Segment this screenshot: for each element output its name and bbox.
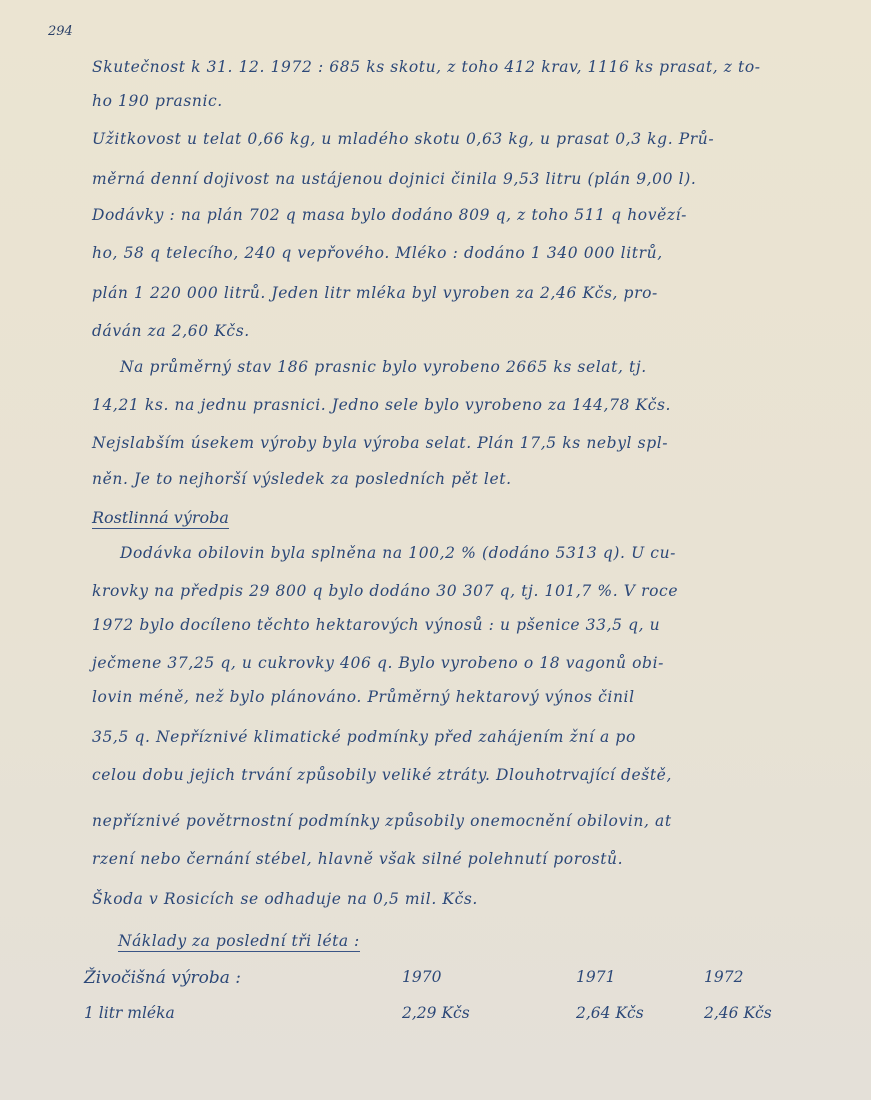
text-line: Škoda v Rosicích se odhaduje na 0,5 mil.… [92,890,831,908]
costs-table-row: 1 litr mléka 2,29 Kčs 2,64 Kčs 2,46 Kčs [84,1004,804,1028]
text-line: měrná denní dojivost na ustájenou dojnic… [92,170,831,188]
text-line: 14,21 ks. na jednu prasnici. Jedno sele … [92,396,831,414]
text-line: něn. Je to nejhorší výsledek za poslední… [92,470,831,488]
text-line: 1972 bylo docíleno těchto hektarových vý… [92,616,831,634]
text-line: Užitkovost u telat 0,66 kg, u mladého sk… [92,130,831,148]
text-line: ho 190 prasnic. [92,92,831,110]
row-label: Živočišná výroba : [84,968,241,988]
text-line: celou dobu jejich trvání způsobily velik… [92,766,831,784]
cell-1970: 2,29 Kčs [402,1004,470,1022]
text-line: plán 1 220 000 litrů. Jeden litr mléka b… [92,284,831,302]
text-line: Dodávky : na plán 702 q masa bylo dodáno… [92,206,831,224]
text-line: dáván za 2,60 Kčs. [92,322,831,340]
text-line: Na průměrný stav 186 prasnic bylo vyrobe… [120,358,831,376]
text-line: krovky na předpis 29 800 q bylo dodáno 3… [92,582,831,600]
section-heading-crops: Rostlinná výroba [92,508,229,529]
cell-1970: 1970 [402,968,441,986]
text-line: 35,5 q. Nepříznivé klimatické podmínky p… [92,728,831,746]
row-label: 1 litr mléka [84,1004,175,1022]
handwritten-page: 294 Skutečnost k 31. 12. 1972 : 685 ks s… [0,0,871,1100]
text-line: Skutečnost k 31. 12. 1972 : 685 ks skotu… [92,58,831,76]
page-number: 294 [48,24,73,39]
text-line: Nejslabším úsekem výroby byla výroba sel… [92,434,831,452]
text-line: Dodávka obilovin byla splněna na 100,2 %… [120,544,831,562]
text-line: ho, 58 q telecího, 240 q vepřového. Mlék… [92,244,831,262]
text-line: lovin méně, než bylo plánováno. Průměrný… [92,688,831,706]
cell-1971: 2,64 Kčs [576,1004,644,1022]
text-line: ječmene 37,25 q, u cukrovky 406 q. Bylo … [92,654,831,672]
cell-1972: 2,46 Kčs [704,1004,772,1022]
text-line: rzení nebo černání stébel, hlavně však s… [92,850,831,868]
cell-1971: 1971 [576,968,615,986]
cell-1972: 1972 [704,968,743,986]
costs-table-row: Živočišná výroba : 1970 1971 1972 [84,968,804,992]
section-heading-costs: Náklady za poslední tři léta : [118,932,360,952]
text-line: nepříznivé povětrnostní podmínky způsobi… [92,812,831,830]
